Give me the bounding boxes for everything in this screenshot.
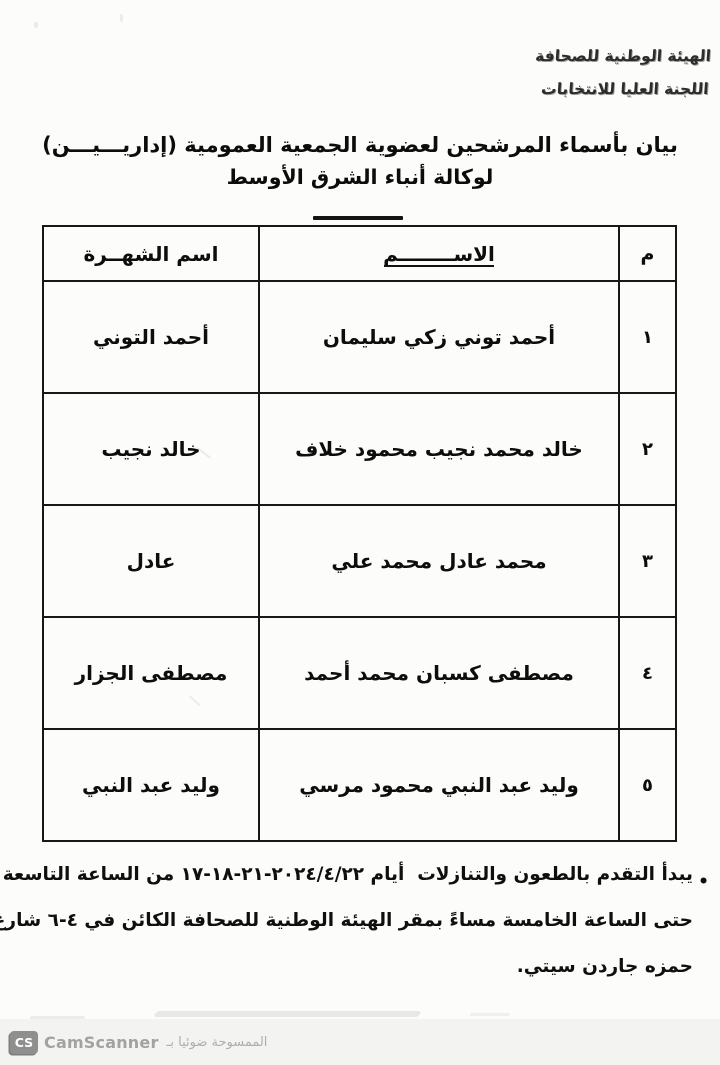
row-index: ٤ xyxy=(619,617,676,729)
camscanner-app-name: CamScanner xyxy=(44,1033,159,1052)
row-nickname: خالد نجيب xyxy=(43,393,259,505)
candidates-table: م الاســــــــم اسم الشهــرة ١ أحمد توني… xyxy=(42,225,677,842)
table-row: ١ أحمد توني زكي سليمان أحمد التوني xyxy=(43,281,676,393)
scanned-with-label: الممسوحة ضوئيا بـ xyxy=(167,1035,268,1050)
scanned-document-page: الهيئة الوطنية للصحافة اللجنة العليا للا… xyxy=(0,0,720,1065)
row-nickname: وليد عبد النبي xyxy=(43,729,259,841)
camscanner-watermark: CS CamScanner الممسوحة ضوئيا بـ xyxy=(10,1031,267,1054)
column-header-index: م xyxy=(619,226,676,281)
row-name: وليد عبد النبي محمود مرسي xyxy=(259,729,619,841)
note-line-1: يبدأ التقدم بالطعون والتنازلات أيام ⁦٢٠٢… xyxy=(26,852,693,898)
row-nickname: عادل xyxy=(43,505,259,617)
row-index: ٣ xyxy=(619,505,676,617)
scan-artifact xyxy=(34,22,38,28)
table-row: ٢ خالد محمد نجيب محمود خلاف خالد نجيب xyxy=(43,393,676,505)
row-index: ٥ xyxy=(619,729,676,841)
row-name: مصطفى كسبان محمد أحمد xyxy=(259,617,619,729)
column-header-nickname: اسم الشهــرة xyxy=(43,226,259,281)
note-line-3: حمزه جاردن سيتي. xyxy=(26,944,693,990)
row-index: ٢ xyxy=(619,393,676,505)
scan-artifact xyxy=(120,14,123,22)
row-nickname: مصطفى الجزار xyxy=(43,617,259,729)
table-row: ٣ محمد عادل محمد علي عادل xyxy=(43,505,676,617)
row-index: ١ xyxy=(619,281,676,393)
camscanner-footer-bar: CS CamScanner الممسوحة ضوئيا بـ xyxy=(0,1019,720,1065)
row-nickname: أحمد التوني xyxy=(43,281,259,393)
title-line-2: لوكالة أنباء الشرق الأوسط xyxy=(0,165,720,189)
scan-artifact xyxy=(470,1013,510,1016)
column-header-name: الاســــــــم xyxy=(259,226,619,281)
table-row: ٤ مصطفى كسبان محمد أحمد مصطفى الجزار xyxy=(43,617,676,729)
scan-artifact xyxy=(153,1011,421,1017)
letterhead-line-2: اللجنة العليا للانتخابات xyxy=(532,73,710,106)
bullet-marker: • xyxy=(698,859,709,905)
letterhead-stamp: الهيئة الوطنية للصحافة اللجنة العليا للا… xyxy=(532,40,712,106)
table-header-row: م الاســــــــم اسم الشهــرة xyxy=(43,226,676,281)
row-name: خالد محمد نجيب محمود خلاف xyxy=(259,393,619,505)
appeals-note: • يبدأ التقدم بالطعون والتنازلات أيام ⁦٢… xyxy=(26,852,710,990)
document-title: بيان بأسماء المرشحين لعضوية الجمعية العم… xyxy=(0,133,720,189)
note-line-2: حتى الساعة الخامسة مساءً بمقر الهيئة الو… xyxy=(26,898,693,944)
row-name: محمد عادل محمد علي xyxy=(259,505,619,617)
camscanner-logo-icon: CS xyxy=(10,1031,38,1054)
letterhead-line-1: الهيئة الوطنية للصحافة xyxy=(534,40,712,73)
title-underline xyxy=(313,216,403,220)
table-row: ٥ وليد عبد النبي محمود مرسي وليد عبد الن… xyxy=(43,729,676,841)
title-line-1: بيان بأسماء المرشحين لعضوية الجمعية العم… xyxy=(0,133,720,157)
row-name: أحمد توني زكي سليمان xyxy=(259,281,619,393)
